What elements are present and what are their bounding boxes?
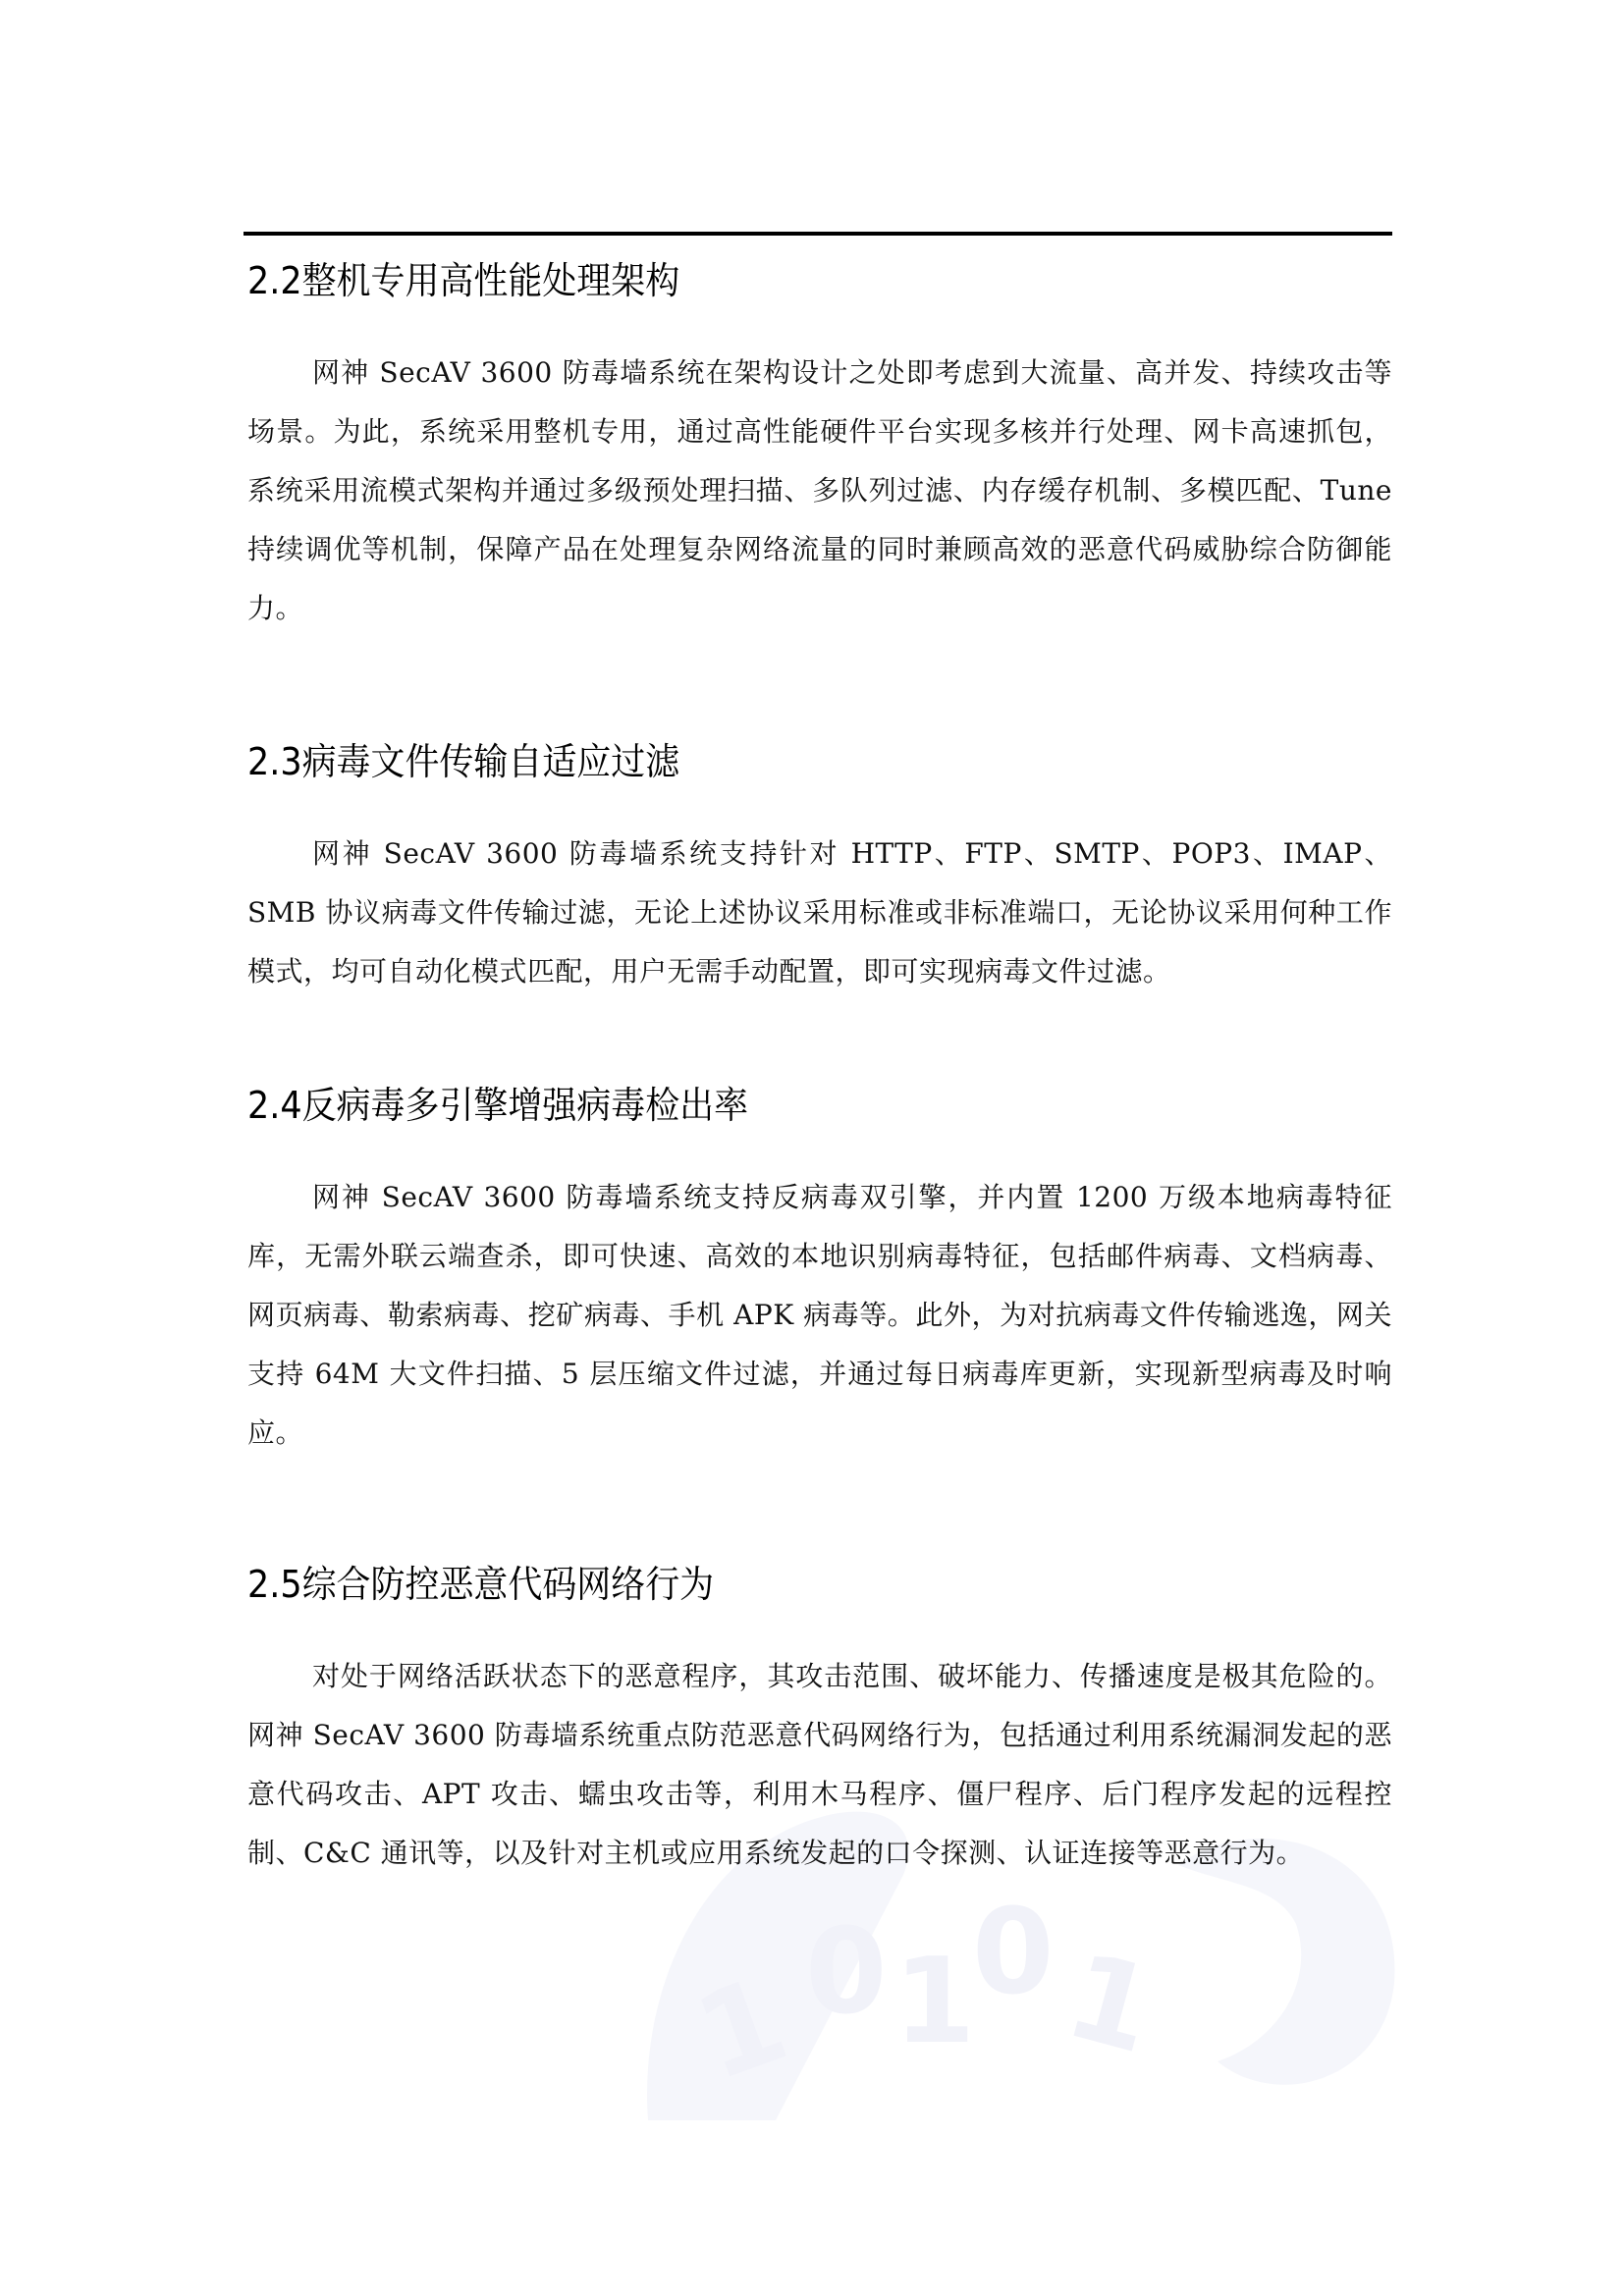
svg-text:1: 1 bbox=[679, 1951, 803, 2108]
section-heading: 2.4反病毒多引擎增强病毒检出率 bbox=[247, 1070, 1301, 1141]
svg-text:0: 0 bbox=[805, 1904, 888, 2041]
section-heading: 2.2整机专用高性能处理架构 bbox=[247, 245, 1301, 316]
section-body: 网神 SecAV 3600 防毒墙系统支持针对 HTTP、FTP、SMTP、PO… bbox=[247, 825, 1392, 1001]
section-body: 网神 SecAV 3600 防毒墙系统支持反病毒双引擎，并内置 1200 万级本… bbox=[247, 1168, 1392, 1463]
section-2-3: 2.3病毒文件传输自适应过滤 网神 SecAV 3600 防毒墙系统支持针对 H… bbox=[247, 726, 1392, 1001]
section-heading: 2.5综合防控恶意代码网络行为 bbox=[247, 1549, 1301, 1620]
header-rule bbox=[244, 232, 1392, 236]
section-heading: 2.3病毒文件传输自适应过滤 bbox=[247, 726, 1301, 797]
section-2-4: 2.4反病毒多引擎增强病毒检出率 网神 SecAV 3600 防毒墙系统支持反病… bbox=[247, 1070, 1392, 1463]
section-body: 对处于网络活跃状态下的恶意程序，其攻击范围、破坏能力、传播速度是极其危险的。网神… bbox=[247, 1647, 1392, 1883]
section-body: 网神 SecAV 3600 防毒墙系统在架构设计之处即考虑到大流量、高并发、持续… bbox=[247, 344, 1392, 638]
svg-text:1: 1 bbox=[893, 1934, 976, 2070]
section-2-5: 2.5综合防控恶意代码网络行为 对处于网络活跃状态下的恶意程序，其攻击范围、破坏… bbox=[247, 1549, 1392, 1883]
svg-text:0: 0 bbox=[972, 1885, 1055, 2021]
svg-text:1: 1 bbox=[1053, 1928, 1167, 2081]
section-2-2: 2.2整机专用高性能处理架构 网神 SecAV 3600 防毒墙系统在架构设计之… bbox=[247, 245, 1392, 638]
